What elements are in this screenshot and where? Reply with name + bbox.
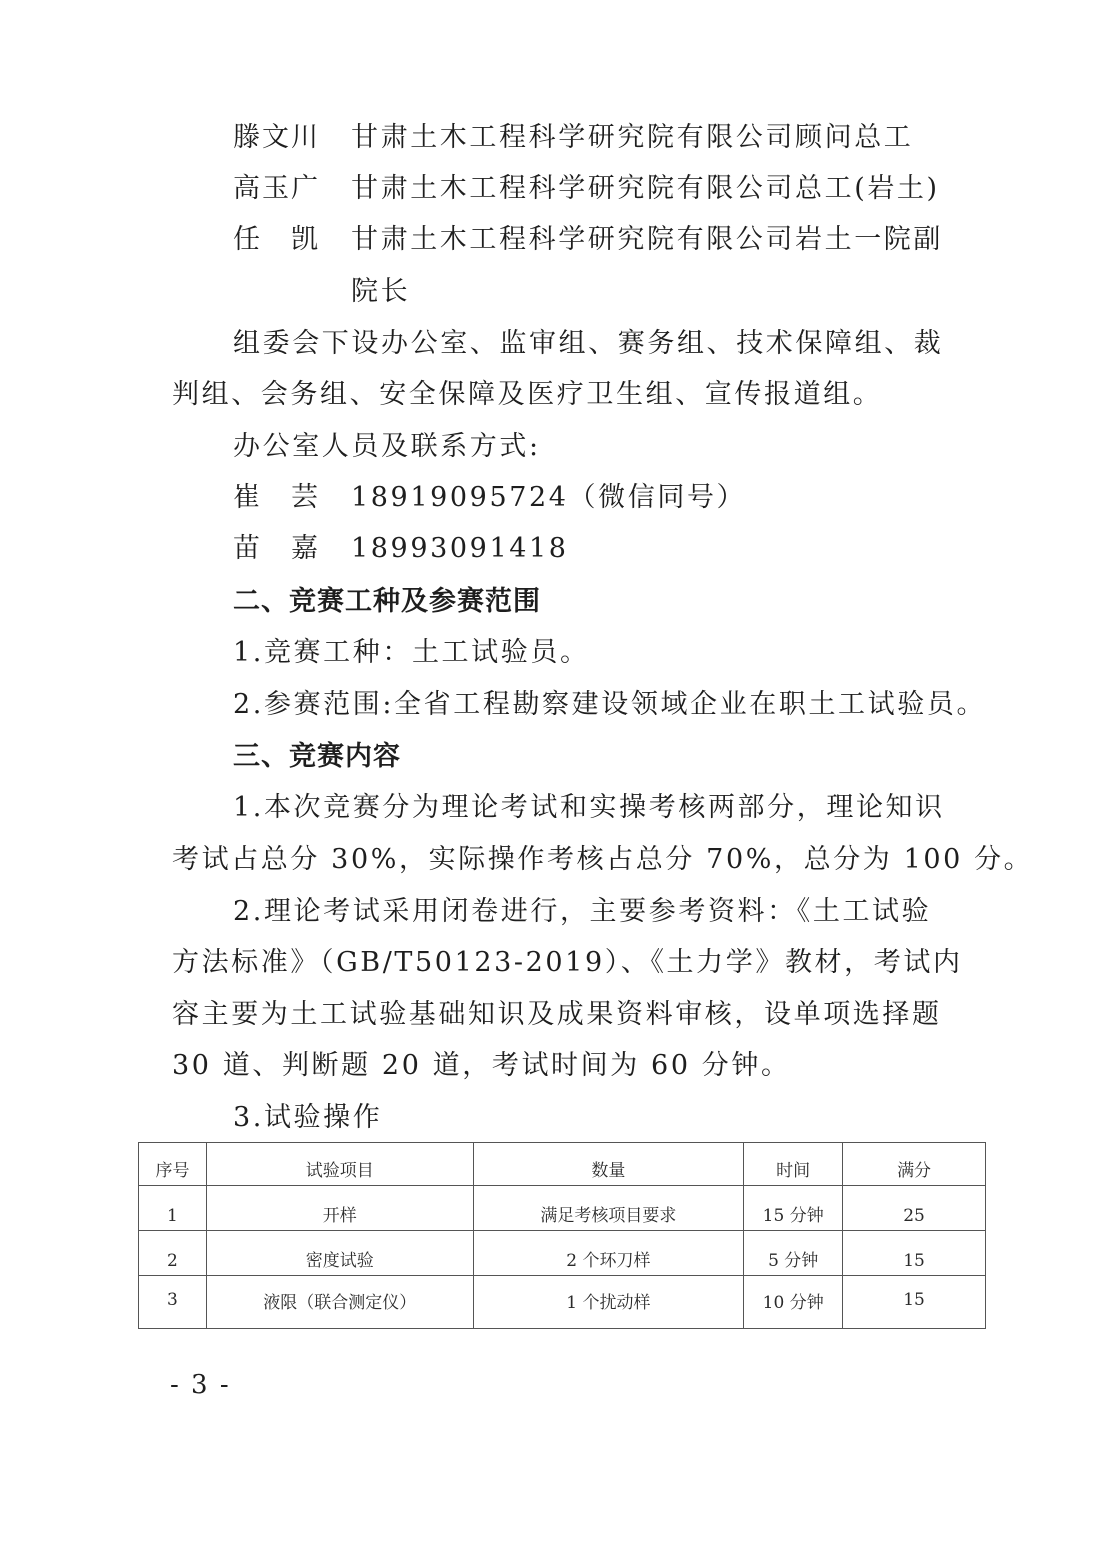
committee-member-3-title-cont: 院长 <box>351 276 410 308</box>
contact-phone: 18919095724（微信同号） <box>351 482 746 513</box>
section-3-p2-line3: 容主要为土工试验基础知识及成果资料审核，设单项选择题 <box>172 999 942 1031</box>
cell-full-score: 25 <box>843 1186 986 1231</box>
contact-phone: 18993091418 <box>351 533 569 564</box>
section-2-heading: 二、竞赛工种及参赛范围 <box>233 586 541 618</box>
table-row: 1 开样 满足考核项目要求 15 分钟 25 <box>139 1186 986 1231</box>
cell-time: 15 分钟 <box>744 1186 843 1231</box>
committee-member-3: 任 凯甘肃土木工程科学研究院有限公司岩土一院副 <box>233 224 943 256</box>
page-number: - 3 - <box>170 1370 231 1400</box>
section-3-p2-line1: 2.理论考试采用闭卷进行，主要参考资料：《土工试验 <box>233 896 931 928</box>
contact-person-1: 崔 芸18919095724（微信同号） <box>233 482 746 514</box>
cell-full-score: 15 <box>843 1231 986 1276</box>
member-name: 任 凯 <box>233 224 351 256</box>
section-3-p1-line1: 1.本次竞赛分为理论考试和实操考核两部分，理论知识 <box>233 792 945 824</box>
member-title: 甘肃土木工程科学研究院有限公司总工(岩土) <box>351 173 940 204</box>
org-paragraph-line1: 组委会下设办公室、监审组、赛务组、技术保障组、裁 <box>233 328 943 360</box>
section-3-item-3-label: 3.试验操作 <box>233 1102 382 1134</box>
cell-test-item: 开样 <box>206 1186 473 1231</box>
cell-quantity: 1 个扰动样 <box>473 1276 744 1329</box>
header-quantity: 数量 <box>473 1143 744 1186</box>
member-title: 甘肃土木工程科学研究院有限公司岩土一院副 <box>351 224 943 255</box>
cell-index: 1 <box>139 1186 207 1231</box>
cell-quantity: 满足考核项目要求 <box>473 1186 744 1231</box>
header-full-score: 满分 <box>843 1143 986 1186</box>
committee-member-1: 滕文川甘肃土木工程科学研究院有限公司顾问总工 <box>233 122 913 154</box>
cell-test-item: 液限（联合测定仪） <box>206 1276 473 1329</box>
section-3-p1-line2: 考试占总分 30%，实际操作考核占总分 70%，总分为 100 分。 <box>172 844 1033 876</box>
table-header-row: 序号 试验项目 数量 时间 满分 <box>139 1143 986 1186</box>
table-row: 3 液限（联合测定仪） 1 个扰动样 10 分钟 15 <box>139 1276 986 1329</box>
section-3-heading: 三、竞赛内容 <box>233 741 401 773</box>
section-3-p2-line2: 方法标准》（GB/T50123-2019）、《土力学》教材，考试内 <box>172 947 963 979</box>
table-row: 2 密度试验 2 个环刀样 5 分钟 15 <box>139 1231 986 1276</box>
test-operations-table: 序号 试验项目 数量 时间 满分 1 开样 满足考核项目要求 15 分钟 25 … <box>138 1142 986 1329</box>
member-name: 滕文川 <box>233 122 351 154</box>
section-3-p2-line4: 30 道、判断题 20 道，考试时间为 60 分钟。 <box>172 1050 791 1082</box>
header-test-item: 试验项目 <box>206 1143 473 1186</box>
cell-full-score: 15 <box>843 1276 986 1329</box>
cell-time: 5 分钟 <box>744 1231 843 1276</box>
cell-test-item: 密度试验 <box>206 1231 473 1276</box>
contact-name: 崔 芸 <box>233 482 351 514</box>
contact-name: 苗 嘉 <box>233 533 351 565</box>
cell-index: 2 <box>139 1231 207 1276</box>
member-title: 甘肃土木工程科学研究院有限公司顾问总工 <box>351 122 913 153</box>
header-index: 序号 <box>139 1143 207 1186</box>
office-contacts-label: 办公室人员及联系方式: <box>233 431 541 463</box>
cell-quantity: 2 个环刀样 <box>473 1231 744 1276</box>
member-name: 高玉广 <box>233 173 351 205</box>
cell-index: 3 <box>139 1276 207 1329</box>
section-2-item-1: 1.竞赛工种：土工试验员。 <box>233 637 590 669</box>
org-paragraph-line2: 判组、会务组、安全保障及医疗卫生组、宣传报道组。 <box>172 379 882 411</box>
contact-person-2: 苗 嘉18993091418 <box>233 533 569 565</box>
header-time: 时间 <box>744 1143 843 1186</box>
committee-member-2: 高玉广甘肃土木工程科学研究院有限公司总工(岩土) <box>233 173 940 205</box>
section-2-item-2: 2.参赛范围:全省工程勘察建设领域企业在职土工试验员。 <box>233 689 986 721</box>
cell-time: 10 分钟 <box>744 1276 843 1329</box>
